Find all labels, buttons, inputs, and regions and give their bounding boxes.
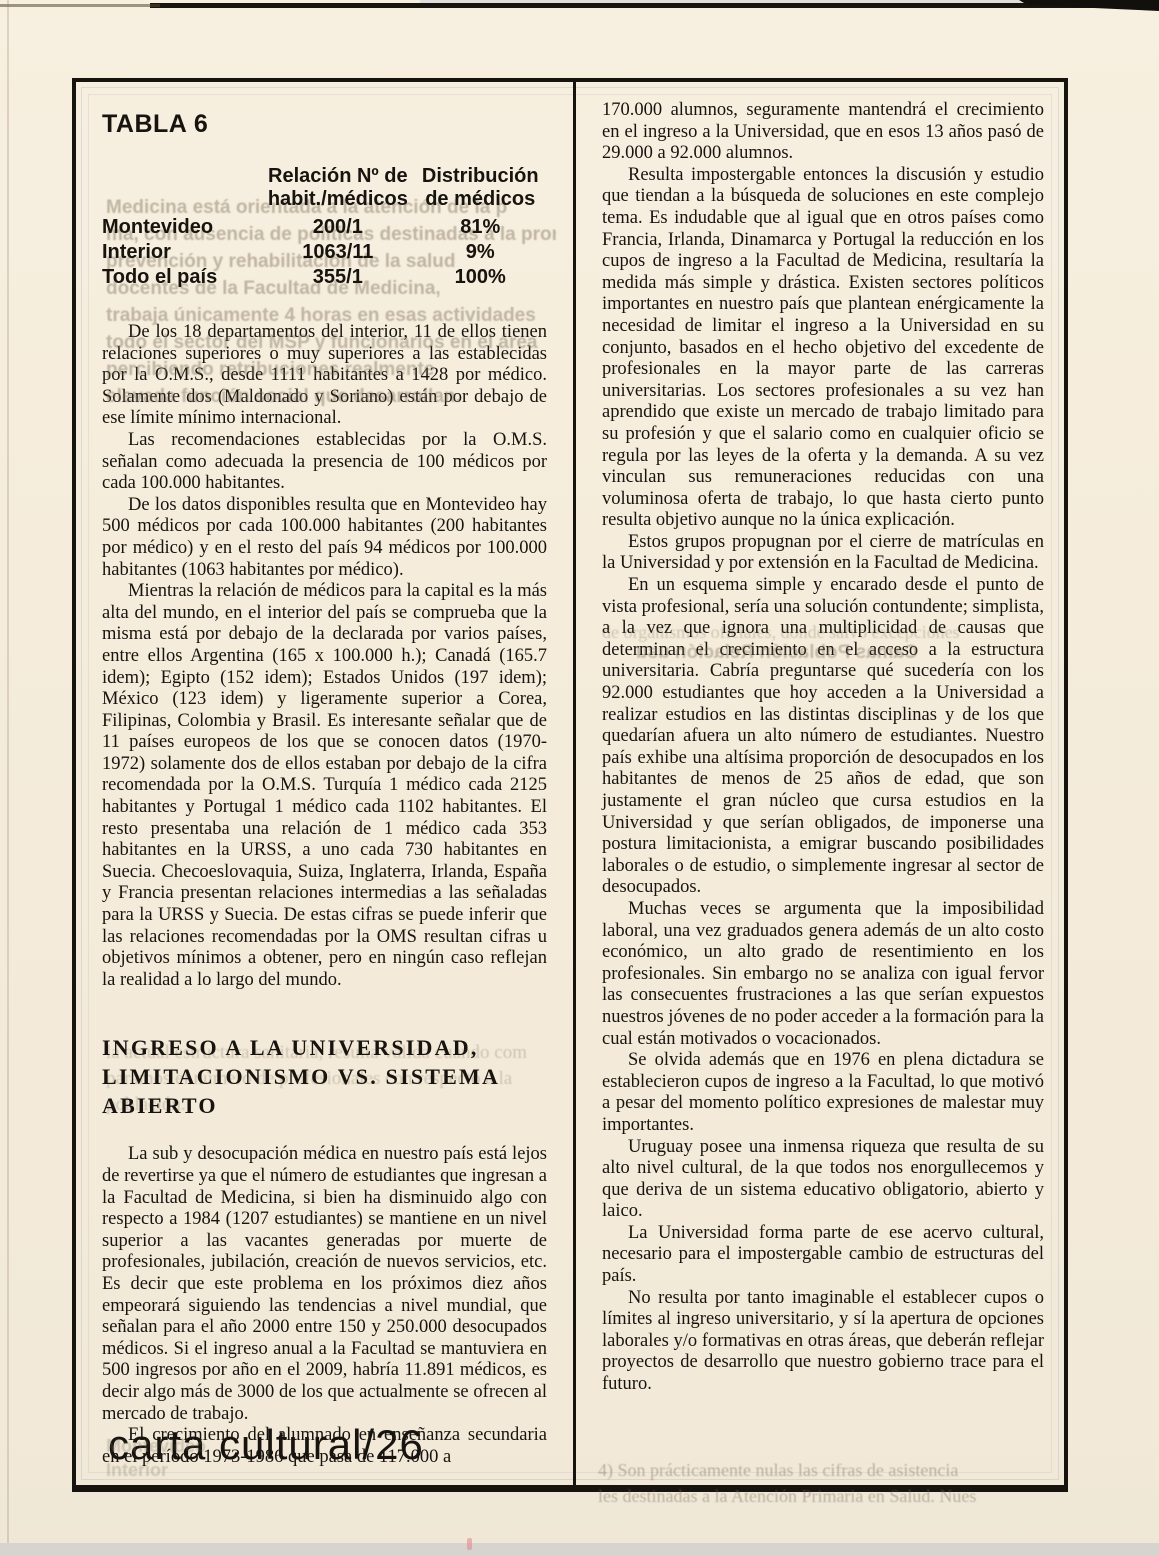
scanned-page: Medicina está orientada a la atención de… — [0, 0, 1159, 1556]
publication-footer: carta cultural/26 — [108, 1421, 424, 1469]
paragraph: 170.000 alumnos, seguramente mantendrá e… — [602, 100, 1044, 165]
left-column-text-1: De los 18 departamentos del interior, 11… — [102, 322, 547, 991]
table-header-ratio: Relación Nº de habit./médicos — [262, 165, 413, 211]
right-column: de organismos oficiales, donde salvo exc… — [576, 82, 1064, 1485]
table-cell-pct: 9% — [413, 240, 547, 265]
table-header-distribution: Distribución de médicos — [413, 165, 547, 211]
scan-corner-shadow — [1019, 0, 1159, 11]
page-top-edge-line — [150, 3, 1159, 8]
paragraph: En un esquema simple y encarado desde el… — [602, 575, 1044, 899]
paragraph: De los datos disponibles resulta que en … — [102, 495, 547, 581]
paragraph: Se olvida además que en 1976 en plena di… — [602, 1050, 1044, 1136]
table-cell-ratio: 355/1 — [262, 265, 413, 290]
scanner-bottom-strip — [0, 1543, 1159, 1556]
table-title: TABLA 6 — [102, 110, 547, 139]
table-cell-region: Todo el país — [102, 265, 262, 290]
paragraph: Muchas veces se argumenta que la imposib… — [602, 899, 1044, 1050]
bleedthrough-line: les destinadas a la Atención Primaria en… — [598, 1483, 976, 1509]
page-top-edge-line-faint — [0, 4, 160, 7]
paragraph: Uruguay posee una inmensa riqueza que re… — [602, 1137, 1044, 1223]
table-row: Todo el país355/1100% — [102, 265, 547, 290]
table-row: Montevideo200/181% — [102, 215, 547, 240]
paragraph: La Universidad forma parte de ese acervo… — [602, 1223, 1044, 1288]
bleedthrough-line: 4) Son prácticamente nulas las cifras de… — [598, 1457, 976, 1483]
paragraph: Mientras la relación de médicos para la … — [102, 581, 547, 991]
table-6: TABLA 6 Relación Nº de habit./médicos Di… — [102, 110, 547, 290]
table-cell-pct: 81% — [413, 215, 547, 240]
table-cell-region: Montevideo — [102, 215, 262, 240]
pink-pencil-mark — [467, 1538, 472, 1550]
section-heading: INGRESO A LA UNIVERSIDAD, LIMITACIONISMO… — [102, 1033, 547, 1120]
table-cell-region: Interior — [102, 240, 262, 265]
right-column-text: 170.000 alumnos, seguramente mantendrá e… — [602, 100, 1044, 1396]
paragraph: La sub y desocupación médica en nuestro … — [102, 1144, 547, 1425]
table-grid: Relación Nº de habit./médicos Distribuci… — [102, 165, 547, 290]
paragraph: Las recomendaciones establecidas por la … — [102, 430, 547, 495]
left-column: Medicina está orientada a la atención de… — [76, 82, 573, 1485]
bleedthrough-text-bottom-right: 4) Son prácticamente nulas las cifras de… — [598, 1457, 976, 1509]
paragraph: De los 18 departamentos del interior, 11… — [102, 322, 547, 430]
page-left-edge-line — [7, 0, 9, 1556]
article-frame: Medicina está orientada a la atención de… — [72, 78, 1068, 1492]
table-header-empty — [102, 165, 262, 211]
paragraph: Resulta impostergable entonces la discus… — [602, 165, 1044, 532]
table-cell-pct: 100% — [413, 265, 547, 290]
table-header-row: Relación Nº de habit./médicos Distribuci… — [102, 165, 547, 211]
table-body: Montevideo200/181%Interior1063/119%Todo … — [102, 215, 547, 290]
table-row: Interior1063/119% — [102, 240, 547, 265]
left-column-text-2: La sub y desocupación médica en nuestro … — [102, 1144, 547, 1468]
table-cell-ratio: 200/1 — [262, 215, 413, 240]
paragraph: No resulta por tanto imaginable el estab… — [602, 1288, 1044, 1396]
paragraph: Estos grupos propugnan por el cierre de … — [602, 532, 1044, 575]
table-cell-ratio: 1063/11 — [262, 240, 413, 265]
